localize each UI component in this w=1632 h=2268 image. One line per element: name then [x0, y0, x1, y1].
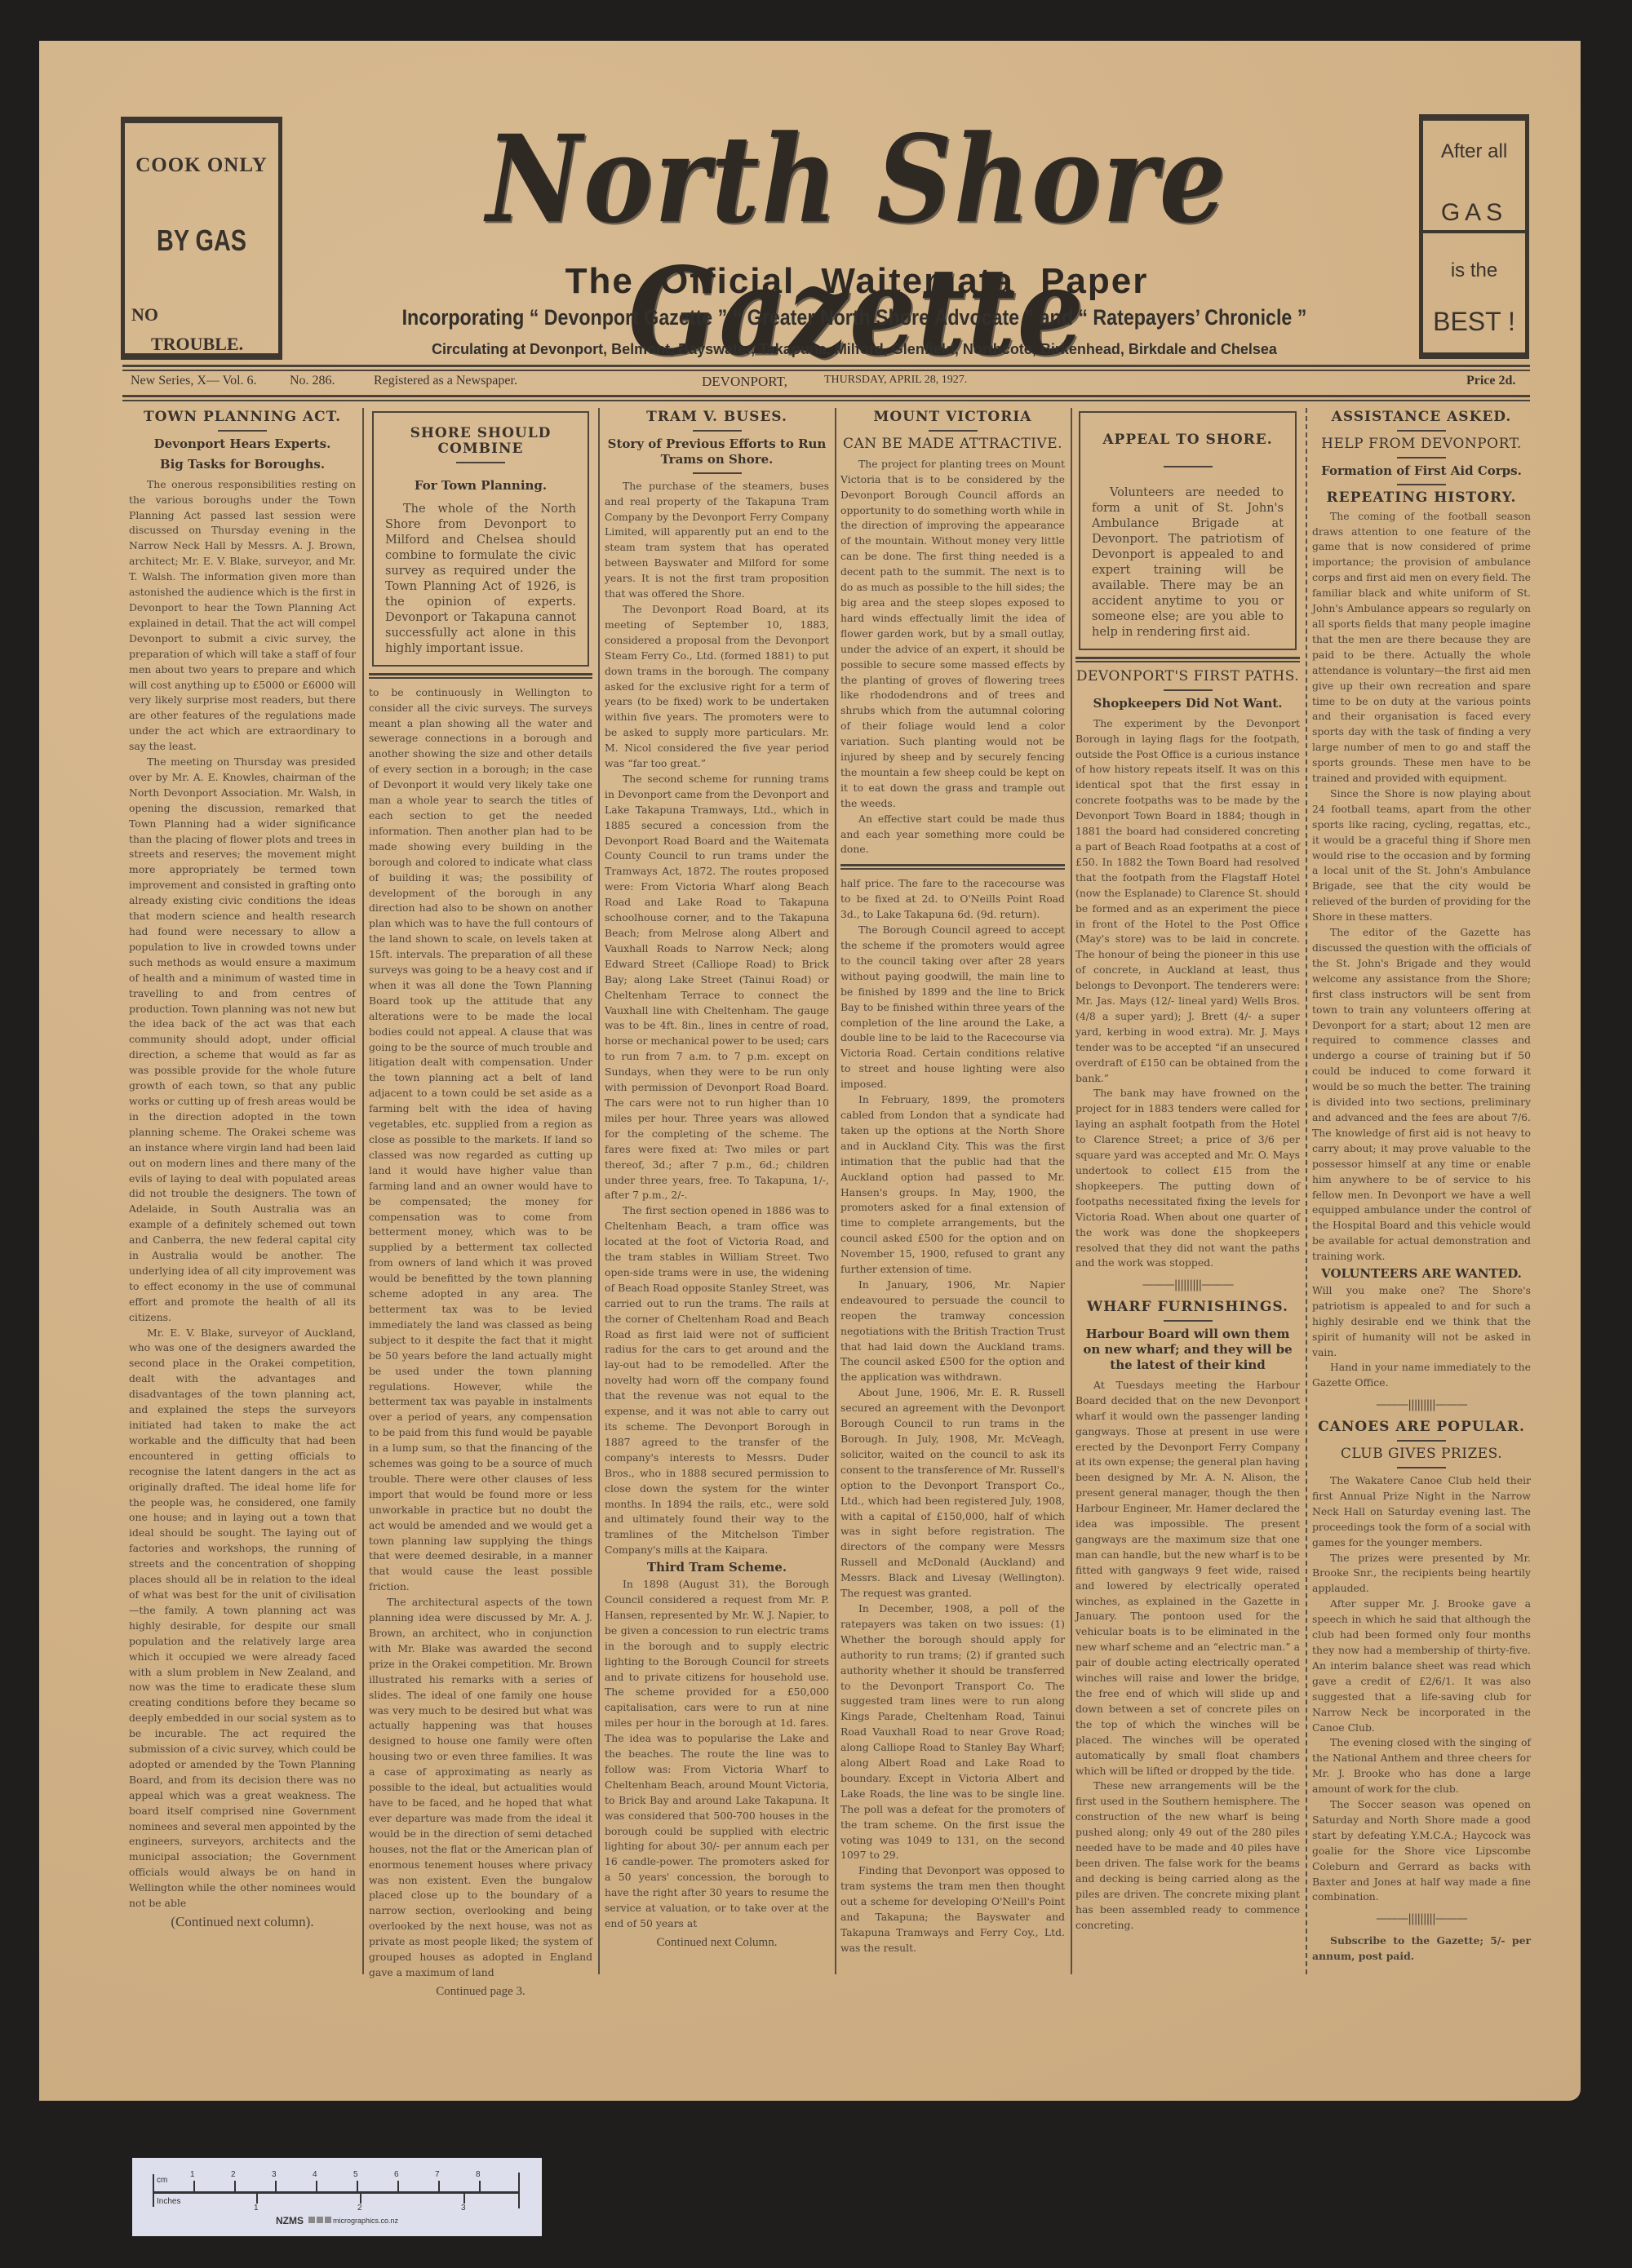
column-5: APPEAL TO SHORE. Volunteers are needed t… [1075, 405, 1300, 1934]
masthead-rule [122, 365, 1530, 371]
divider [456, 462, 505, 463]
article-paragraph: In February, 1899, the promoters cabled … [840, 1092, 1065, 1278]
newspaper-title: North Shore Gazette [294, 114, 1420, 379]
divider [1397, 1440, 1446, 1442]
column-divider [835, 408, 836, 1974]
ad-right-line4: BEST ! [1423, 307, 1525, 337]
article-paragraph: The Soccer season was opened on Saturday… [1312, 1797, 1531, 1905]
article-paragraph: The Devonport Road Board, at its meeting… [605, 602, 829, 772]
tram-buses-deck: Story of Previous Efforts to Run Trams o… [605, 436, 829, 467]
article-paragraph: The architectural aspects of the town pl… [369, 1595, 592, 1981]
ad-right-line2: GAS [1423, 199, 1525, 233]
divider [1397, 457, 1446, 458]
town-planning-deck2: Big Tasks for Boroughs. [129, 457, 356, 472]
assistance-deck1: HELP FROM DEVONPORT. [1312, 436, 1531, 452]
divider [1164, 1320, 1213, 1322]
ruler-end-tick [153, 2174, 154, 2207]
inch-tick [256, 2192, 258, 2204]
dateline-rule [122, 395, 1530, 401]
cm-tick-label: 2 [231, 2170, 236, 2179]
gas-ad-left: COOK ONLY BY GAS NO TROUBLE. [121, 117, 282, 360]
third-tram-subhead: Third Tram Scheme. [605, 1560, 829, 1575]
ad-left-line1: COOK ONLY [125, 154, 278, 177]
subscribe-note: Subscribe to the Gazette; 5/- per annum,… [1312, 1934, 1531, 1965]
dateline: New Series, X— Vol. 6. No. 286. Register… [131, 374, 1534, 393]
article-paragraph: The second scheme for running trams in D… [605, 772, 829, 1203]
column-2: SHORE SHOULD COMBINE For Town Planning. … [369, 405, 592, 2000]
ornament-divider: ———|||||||||——— [1312, 1398, 1531, 1413]
inch-tick [463, 2192, 465, 2204]
article-paragraph: At Tuesdays meeting the Harbour Board de… [1075, 1378, 1300, 1779]
article-paragraph: About June, 1906, Mr. E. R. Russell secu… [840, 1385, 1065, 1601]
appeal-headline: APPEAL TO SHORE. [1092, 432, 1284, 448]
ad-right-line3: is the [1423, 259, 1525, 282]
canoes-deck: CLUB GIVES PRIZES. [1312, 1446, 1531, 1462]
article-paragraph: In 1898 (August 31), the Borough Council… [605, 1577, 829, 1932]
wharf-headline: WHARF FURNISHINGS. [1075, 1300, 1300, 1315]
shore-combine-deck: For Town Planning. [385, 478, 576, 494]
cm-tick-label: 4 [313, 2170, 317, 2179]
wharf-deck: Harbour Board will own them on new wharf… [1075, 1327, 1300, 1373]
logo-square-icon [325, 2217, 331, 2223]
cm-tick [438, 2181, 440, 2191]
first-paths-deck: Shopkeepers Did Not Want. [1075, 696, 1300, 711]
article-paragraph: Volunteers are needed to form a unit of … [1092, 485, 1284, 640]
column-divider [362, 408, 364, 1974]
assistance-deck2: Formation of First Aid Corps. [1312, 463, 1531, 479]
double-rule [369, 673, 592, 679]
article-paragraph: The bank may have frowned on the project… [1075, 1086, 1300, 1271]
inch-tick [360, 2192, 361, 2204]
article-paragraph: The prizes were presented by Mr. Brooke … [1312, 1551, 1531, 1597]
cm-tick [234, 2181, 236, 2191]
ornament-divider: ———|||||||||——— [1075, 1278, 1300, 1293]
column-6: ASSISTANCE ASKED. HELP FROM DEVONPORT. F… [1312, 405, 1531, 1965]
town-planning-headline: TOWN PLANNING ACT. [129, 410, 356, 425]
scale-ruler: cm Inches 1 2 3 4 5 6 7 8 1 2 3 NZMS mic… [132, 2158, 542, 2236]
canoes-headline: CANOES ARE POPULAR. [1312, 1420, 1531, 1435]
double-rule [840, 864, 1065, 870]
divider [1397, 484, 1446, 485]
shore-combine-box: SHORE SHOULD COMBINE For Town Planning. … [372, 411, 589, 667]
price: Price 2d. [1466, 374, 1515, 388]
continued-note: Continued next Column. [605, 1935, 829, 1951]
divider [693, 430, 742, 432]
gas-ad-right: After all GAS is the BEST ! [1419, 114, 1529, 359]
ruler-end-tick [518, 2173, 520, 2208]
ornament-divider: ———|||||||||——— [1312, 1911, 1531, 1927]
nzms-logo: NZMS [276, 2215, 304, 2226]
column-4: MOUNT VICTORIA CAN BE MADE ATTRACTIVE. T… [840, 405, 1065, 1956]
issue-number: No. 286. [290, 374, 335, 388]
column-divider [1306, 408, 1307, 1974]
issue-date: THURSDAY, APRIL 28, 1927. [824, 374, 967, 387]
article-paragraph: The coming of the football season draws … [1312, 509, 1531, 786]
appeal-box: APPEAL TO SHORE. Volunteers are needed t… [1079, 411, 1297, 650]
ad-left-line4: TROUBLE. [151, 334, 243, 355]
article-paragraph: In January, 1906, Mr. Napier endeavoured… [840, 1278, 1065, 1385]
cm-tick [275, 2181, 277, 2191]
place: DEVONPORT, [702, 374, 787, 390]
column-divider [598, 408, 600, 1974]
article-paragraph: An effective start could be made thus an… [840, 812, 1065, 858]
ad-left-line3: NO [131, 304, 158, 326]
first-paths-headline: DEVONPORT'S FIRST PATHS. [1075, 669, 1300, 684]
article-paragraph: Mr. E. V. Blake, surveyor of Auckland, w… [129, 1326, 356, 1911]
registered-note: Registered as a Newspaper. [374, 374, 517, 388]
micrographics-site: micrographics.co.nz [333, 2217, 398, 2225]
cm-tick-label: 7 [435, 2170, 440, 2179]
shore-combine-headline: SHORE SHOULD COMBINE [385, 426, 576, 457]
inch-tick-label: 3 [461, 2204, 466, 2213]
article-paragraph: The onerous responsibilities resting on … [129, 477, 356, 755]
article-paragraph: The evening closed with the singing of t… [1312, 1735, 1531, 1797]
logo-square-icon [308, 2217, 315, 2223]
double-rule [1075, 657, 1300, 662]
column-divider [1071, 408, 1072, 1974]
column-1: TOWN PLANNING ACT. Devonport Hears Exper… [129, 405, 356, 1930]
divider [929, 430, 978, 432]
cm-tick [193, 2181, 195, 2191]
cm-tick-label: 1 [190, 2170, 195, 2179]
article-paragraph: half price. The fare to the racecourse w… [840, 876, 1065, 923]
circulating-line: Circulating at Devonport, Belmont, Baysw… [287, 341, 1421, 358]
divider [1164, 466, 1213, 467]
article-paragraph: The meeting on Thursday was presided ove… [129, 755, 356, 1326]
newspaper-subtitle: The Official Waitemata Paper [294, 261, 1420, 302]
continued-note: Continued page 3. [369, 1984, 592, 2000]
article-paragraph: The purchase of the steamers, buses and … [605, 479, 829, 602]
cm-tick [316, 2181, 317, 2191]
article-paragraph: The whole of the North Shore from Devonp… [385, 502, 576, 657]
cm-tick-label: 8 [476, 2170, 481, 2179]
logo-square-icon [317, 2217, 323, 2223]
mount-victoria-headline: MOUNT VICTORIA [840, 410, 1065, 425]
volunteers-subhead: VOLUNTEERS ARE WANTED. [1312, 1266, 1531, 1282]
article-paragraph: The Wakatere Canoe Club held their first… [1312, 1473, 1531, 1551]
article-paragraph: After supper Mr. J. Brooke gave a speech… [1312, 1597, 1531, 1735]
cm-tick-label: 6 [394, 2170, 399, 2179]
cm-tick [397, 2181, 399, 2191]
article-paragraph: Will you make one? The Shore's patriotis… [1312, 1283, 1531, 1361]
mount-victoria-deck: CAN BE MADE ATTRACTIVE. [840, 436, 1065, 452]
ad-left-line2: BY GAS [140, 224, 263, 258]
article-paragraph: to be continuously in Wellington to cons… [369, 685, 592, 1595]
article-paragraph: The editor of the Gazette has discussed … [1312, 925, 1531, 1265]
divider [1397, 430, 1446, 432]
cm-label: cm [157, 2176, 167, 2185]
continued-note: (Continued next column). [129, 1915, 356, 1930]
cm-tick-label: 3 [272, 2170, 277, 2179]
divider [218, 430, 267, 432]
cm-tick-label: 5 [353, 2170, 358, 2179]
inch-tick-label: 1 [254, 2204, 259, 2213]
article-paragraph: The first section opened in 1886 was to … [605, 1203, 829, 1558]
ad-right-line1: After all [1423, 140, 1525, 163]
column-3: TRAM V. BUSES. Story of Previous Efforts… [605, 405, 829, 1951]
assistance-headline: ASSISTANCE ASKED. [1312, 410, 1531, 425]
cm-tick [479, 2181, 481, 2191]
divider [1164, 689, 1213, 691]
tram-buses-headline: TRAM V. BUSES. [605, 410, 829, 425]
article-paragraph: In December, 1908, a poll of the ratepay… [840, 1601, 1065, 1863]
town-planning-deck1: Devonport Hears Experts. [129, 436, 356, 452]
inches-label: Inches [157, 2197, 180, 2206]
article-paragraph: The project for planting trees on Mount … [840, 457, 1065, 812]
article-paragraph: Hand in your name immediately to the Gaz… [1312, 1360, 1531, 1391]
article-paragraph: These new arrangements will be the first… [1075, 1779, 1300, 1933]
article-paragraph: The Borough Council agreed to accept the… [840, 923, 1065, 1092]
series-volume: New Series, X— Vol. 6. [131, 374, 257, 388]
inch-tick-label: 2 [357, 2204, 362, 2213]
incorporating-line: Incorporating “ Devonport Gazette ” “ Gr… [366, 305, 1342, 330]
article-paragraph: The experiment by the Devonport Borough … [1075, 716, 1300, 1087]
assistance-deck3: REPEATING HISTORY. [1312, 490, 1531, 506]
article-paragraph: Since the Shore is now playing about 24 … [1312, 786, 1531, 925]
article-paragraph: Finding that Devonport was opposed to tr… [840, 1863, 1065, 1956]
divider [693, 472, 742, 474]
divider [1397, 1467, 1446, 1468]
cm-tick [357, 2181, 358, 2191]
